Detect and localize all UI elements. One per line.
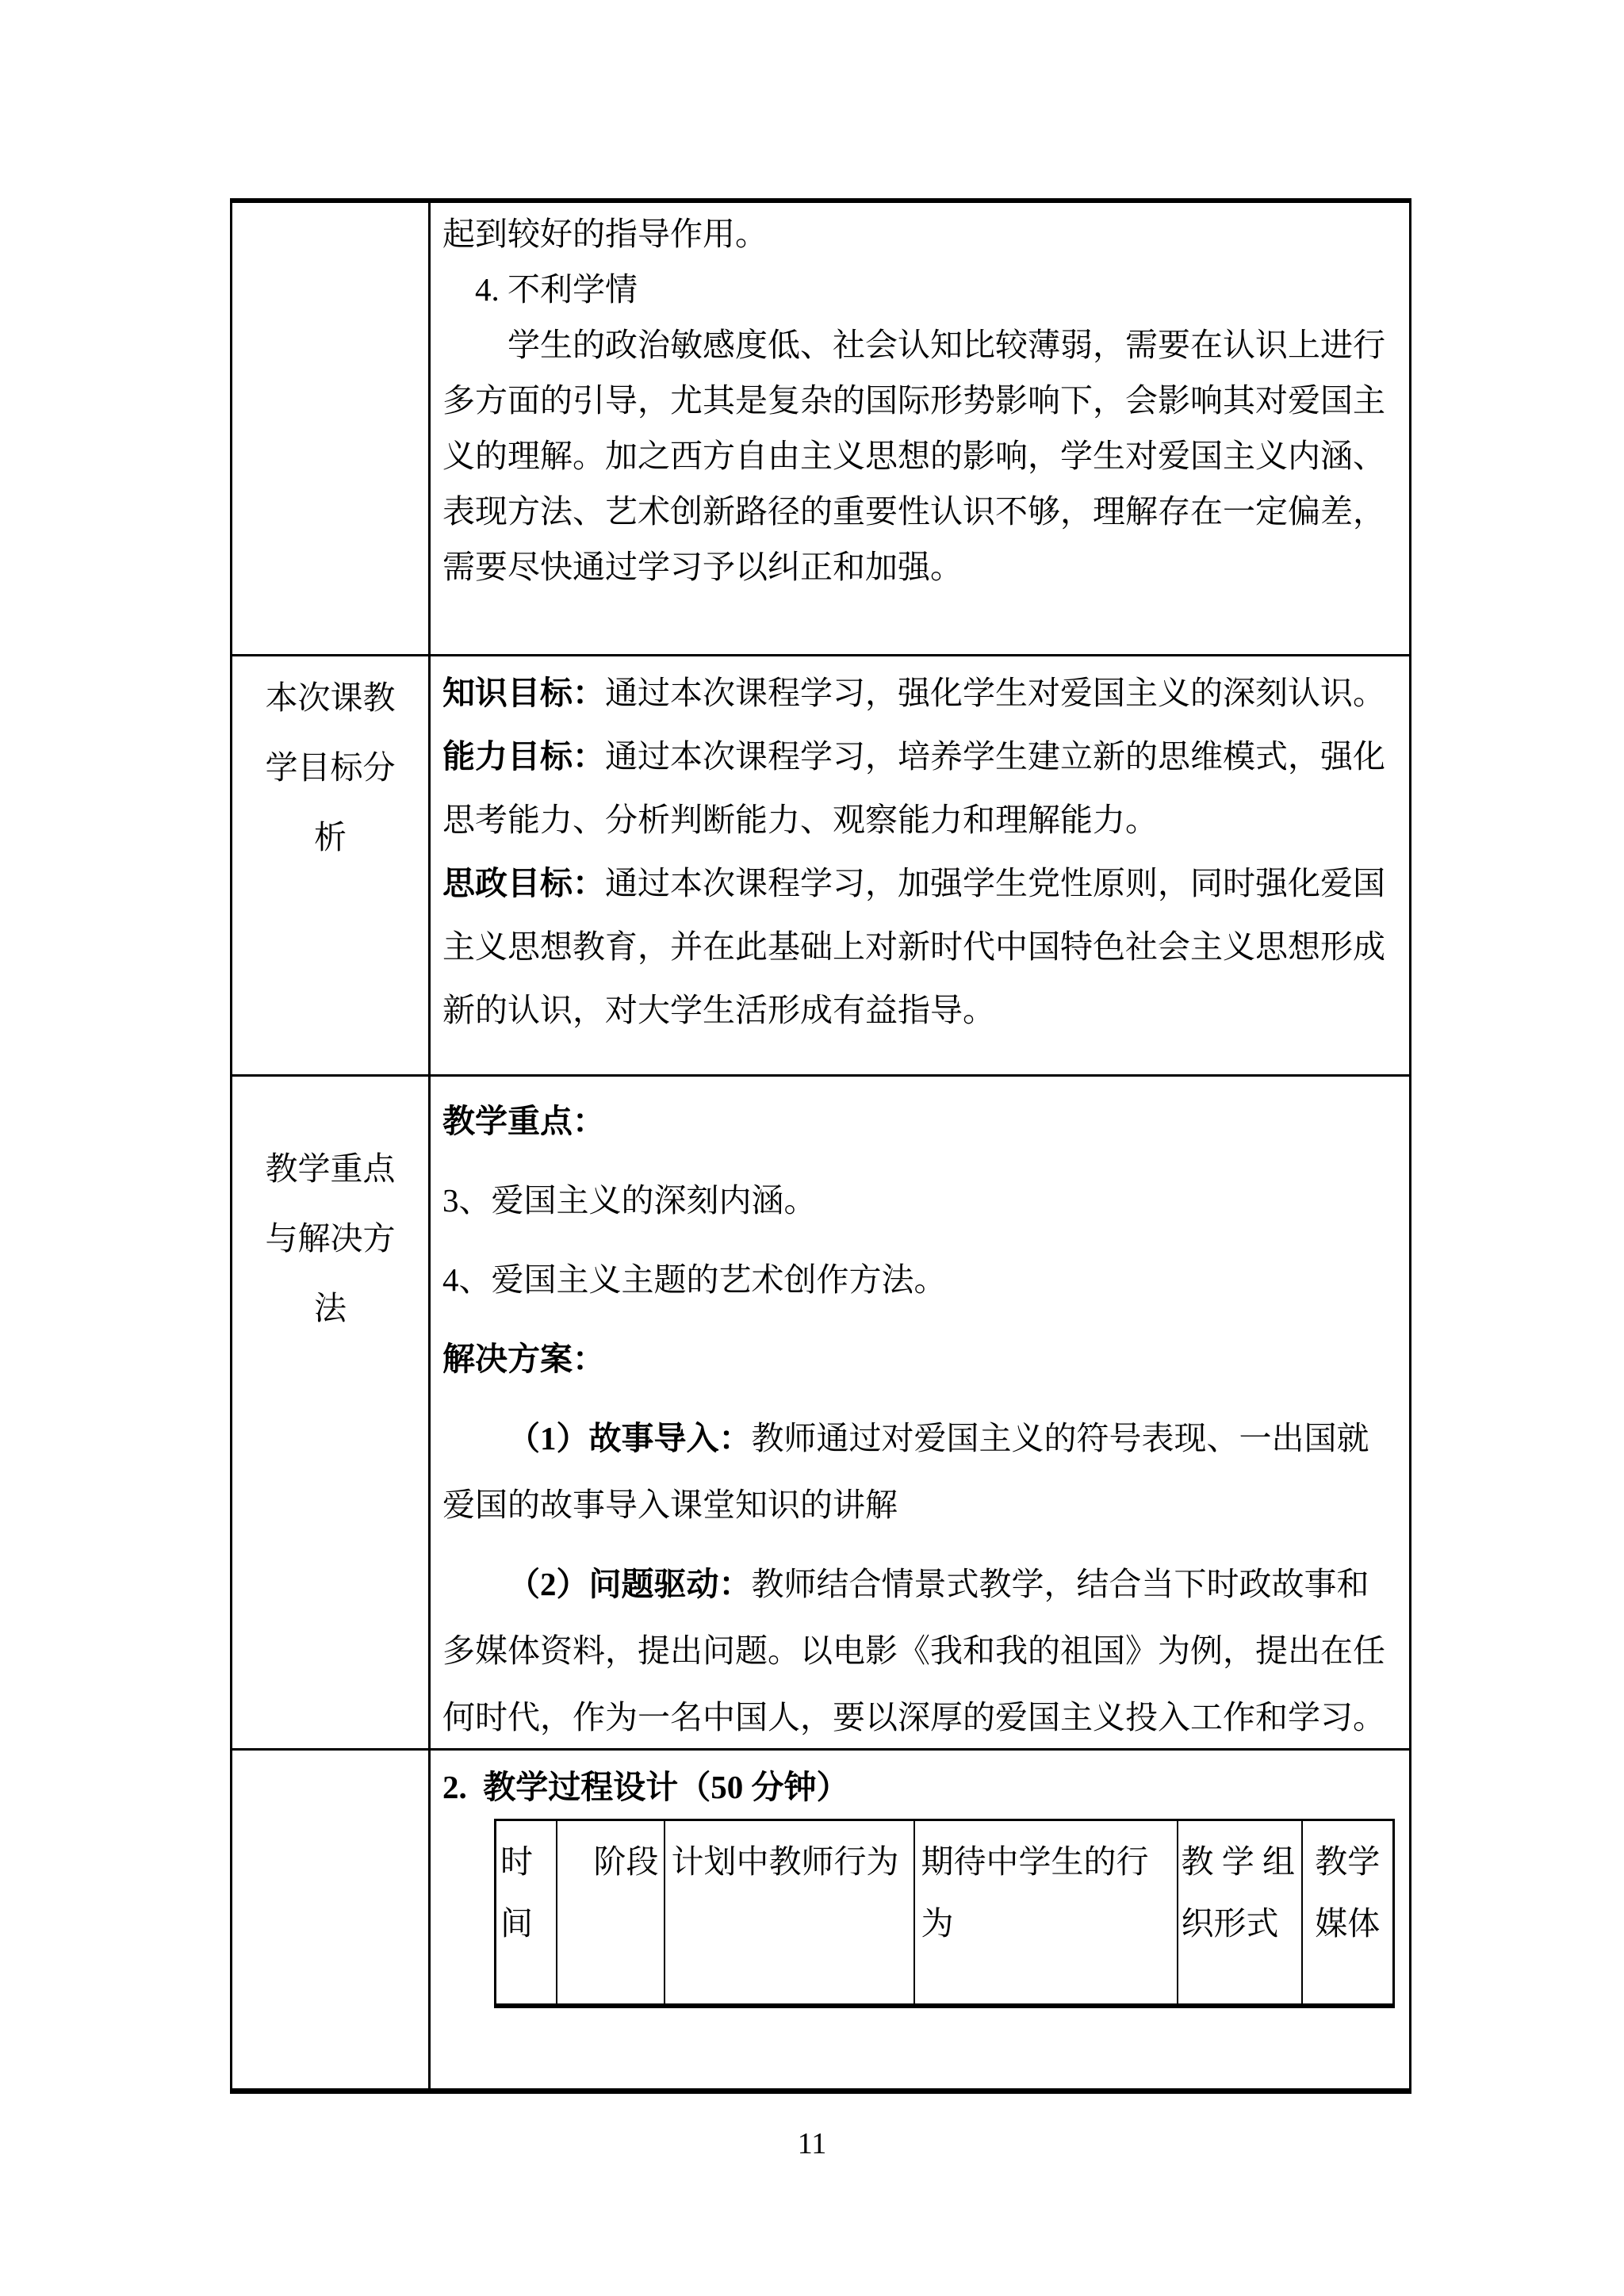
solution-question-driven: （2）问题驱动：教师结合情景式教学，结合当下时政故事和 多媒体资料，提出问题。以… xyxy=(442,1551,1396,1748)
heading-teaching-key-points: 教学重点： xyxy=(442,1088,1396,1154)
column-header-time: 时 间 xyxy=(496,1820,557,2006)
row1-content-cell: 起到较好的指导作用。 4. 不利学情 学生的政治敏感度低、社会认知比较薄弱，需要… xyxy=(431,203,1409,654)
row2-header-label: 本次课教 学目标分 析 xyxy=(232,656,428,872)
column-header-expected-student-behavior: 期待中学生的行 为 xyxy=(914,1820,1178,2006)
heading-unfavorable-situation: 4. 不利学情 xyxy=(442,262,1396,317)
key-point-item-3-text: 3、爱国主义的深刻内涵。 xyxy=(442,1182,817,1219)
key-point-item-4-text: 4、爱国主义主题的艺术创作方法。 xyxy=(442,1261,947,1298)
knowledge-objective-text: 通过本次课程学习，强化学生对爱国主义的深刻认识。 xyxy=(605,675,1385,711)
teaching-process-heading: 2. 教学过程设计（50 分钟） xyxy=(442,1768,1396,1806)
story-introduction-label: （1）故事导入： xyxy=(507,1420,752,1456)
row4-header-cell-empty xyxy=(232,1751,431,2088)
column-header-teaching-media: 教学 媒体 xyxy=(1302,1820,1394,2006)
row3-header-cell: 教学重点 与解决方 法 xyxy=(232,1077,431,1748)
row3-header-label: 教学重点 与解决方 法 xyxy=(232,1077,428,1343)
column-header-stage: 阶段 xyxy=(557,1820,665,2006)
column-header-teaching-organization-form: 教 学 组 织形式 xyxy=(1178,1820,1302,2006)
row1-header-cell-empty xyxy=(232,203,431,654)
column-header-planned-teacher-behavior: 计划中教师行为 xyxy=(665,1820,914,2006)
paragraph-student-analysis: 学生的政治敏感度低、社会认知比较薄弱，需要在认识上进行 多方面的引导，尤其是复杂… xyxy=(442,317,1396,595)
paragraph-ability-objective: 能力目标：通过本次课程学习，培养学生建立新的思维模式，强化 思考能力、分析判断能… xyxy=(442,725,1396,851)
solution-story-introduction: （1）故事导入：教师通过对爱国主义的符号表现、一出国就 爱国的故事导入课堂知识的… xyxy=(442,1405,1396,1538)
ideological-objective-label: 思政目标： xyxy=(442,865,605,901)
ability-objective-label: 能力目标： xyxy=(442,738,605,775)
table-row-key-points-solutions: 教学重点 与解决方 法 教学重点： 3、爱国主义的深刻内涵。 4、爱国主义主题的… xyxy=(232,1077,1409,1751)
paragraph-ideological-objective: 思政目标：通过本次课程学习，加强学生党性原则，同时强化爱国 主义思想教育，并在此… xyxy=(442,851,1396,1042)
lesson-plan-table: 起到较好的指导作用。 4. 不利学情 学生的政治敏感度低、社会认知比较薄弱，需要… xyxy=(230,198,1411,2094)
page-number: 11 xyxy=(0,2126,1624,2161)
row2-content-cell: 知识目标：通过本次课程学习，强化学生对爱国主义的深刻认识。 能力目标：通过本次课… xyxy=(431,656,1409,1074)
table-row-teaching-process: 2. 教学过程设计（50 分钟） 时 间 阶段 xyxy=(232,1751,1409,2088)
table-row-unfavorable-learning-situation: 起到较好的指导作用。 4. 不利学情 学生的政治敏感度低、社会认知比较薄弱，需要… xyxy=(232,203,1409,656)
key-point-item-4: 4、爱国主义主题的艺术创作方法。 xyxy=(442,1246,1396,1313)
table-row-teaching-objectives: 本次课教 学目标分 析 知识目标：通过本次课程学习，强化学生对爱国主义的深刻认识… xyxy=(232,656,1409,1077)
question-driven-label: （2）问题驱动： xyxy=(507,1566,752,1602)
row4-content-cell: 2. 教学过程设计（50 分钟） 时 间 阶段 xyxy=(431,1751,1409,2088)
solution-plan-label: 解决方案： xyxy=(442,1341,605,1377)
row2-header-cell: 本次课教 学目标分 析 xyxy=(232,656,431,1074)
row3-content-cell: 教学重点： 3、爱国主义的深刻内涵。 4、爱国主义主题的艺术创作方法。 解决方案… xyxy=(431,1077,1409,1748)
paragraph-knowledge-objective: 知识目标：通过本次课程学习，强化学生对爱国主义的深刻认识。 xyxy=(442,661,1396,725)
heading-solution-plan: 解决方案： xyxy=(442,1326,1396,1392)
paragraph-guidance-effect: 起到较好的指导作用。 xyxy=(442,206,1396,262)
key-point-item-3: 3、爱国主义的深刻内涵。 xyxy=(442,1167,1396,1234)
teaching-process-header-row: 时 间 阶段 计划中教师行为 期待中学生的行 为 教 学 组 织形式 教学 媒体 xyxy=(496,1820,1394,2006)
teaching-key-points-label: 教学重点： xyxy=(442,1103,605,1139)
teaching-process-table: 时 间 阶段 计划中教师行为 期待中学生的行 为 教 学 组 织形式 教学 媒体 xyxy=(494,1819,1395,2008)
knowledge-objective-label: 知识目标： xyxy=(442,675,605,711)
lesson-plan-document-page: 起到较好的指导作用。 4. 不利学情 学生的政治敏感度低、社会认知比较薄弱，需要… xyxy=(0,0,1624,2296)
